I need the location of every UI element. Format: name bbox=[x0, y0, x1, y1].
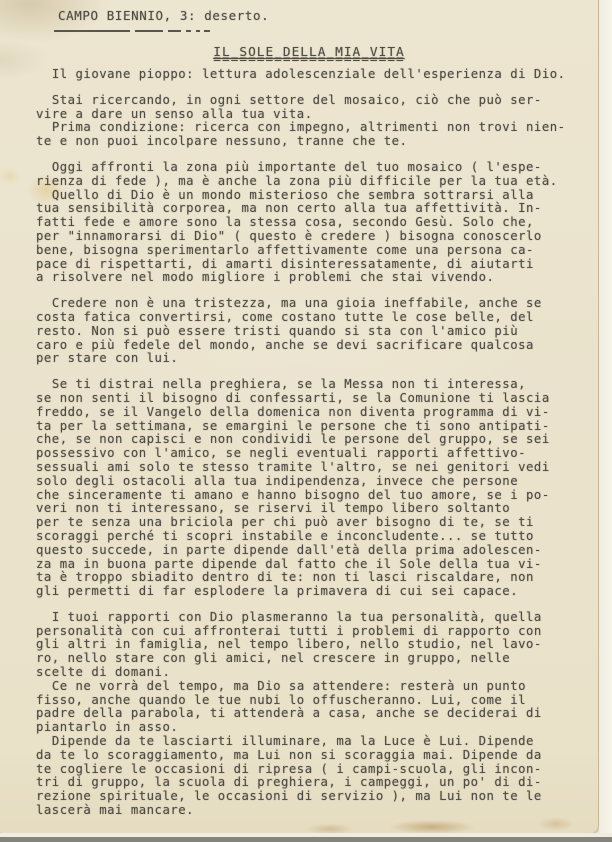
paragraph: Quello di Dio è un mondo misterioso che … bbox=[36, 189, 584, 286]
scan-right-margin bbox=[599, 0, 612, 842]
paragraph: Stai ricercando, in ogni settore del mos… bbox=[36, 94, 584, 122]
paragraph: Prima condizione: ricerca con impegno, a… bbox=[36, 121, 584, 149]
document-body: Il giovane pioppo: lettura adolescenzial… bbox=[36, 68, 584, 818]
paragraph: Credere non è una tristezza, ma una gioi… bbox=[36, 297, 584, 366]
paragraph: Se ti distrai nella preghiera, se la Mes… bbox=[36, 378, 584, 599]
scanned-document: CAMPO BIENNIO, 3: deserto. IL SOLE DELLA… bbox=[0, 0, 612, 842]
document-page: CAMPO BIENNIO, 3: deserto. IL SOLE DELLA… bbox=[0, 0, 599, 833]
title-block: IL SOLE DELLA MIA VITA =================… bbox=[10, 41, 608, 64]
paragraph: I tuoi rapporti con Dio plasmeranno la t… bbox=[36, 611, 584, 680]
paragraph: Ce ne vorrà del tempo, ma Dio sa attende… bbox=[36, 680, 584, 735]
paragraph: Dipende da te lasciarti illuminare, ma l… bbox=[36, 735, 584, 818]
paragraph: Oggi affronti la zona più importante del… bbox=[36, 161, 584, 189]
document-header: CAMPO BIENNIO, 3: deserto. bbox=[58, 8, 269, 23]
paragraph: Il giovane pioppo: lettura adolescenzial… bbox=[36, 68, 584, 82]
header-underline bbox=[54, 30, 210, 32]
scan-bottom-edge bbox=[0, 837, 612, 842]
title-double-underline: ====================== bbox=[10, 56, 608, 64]
